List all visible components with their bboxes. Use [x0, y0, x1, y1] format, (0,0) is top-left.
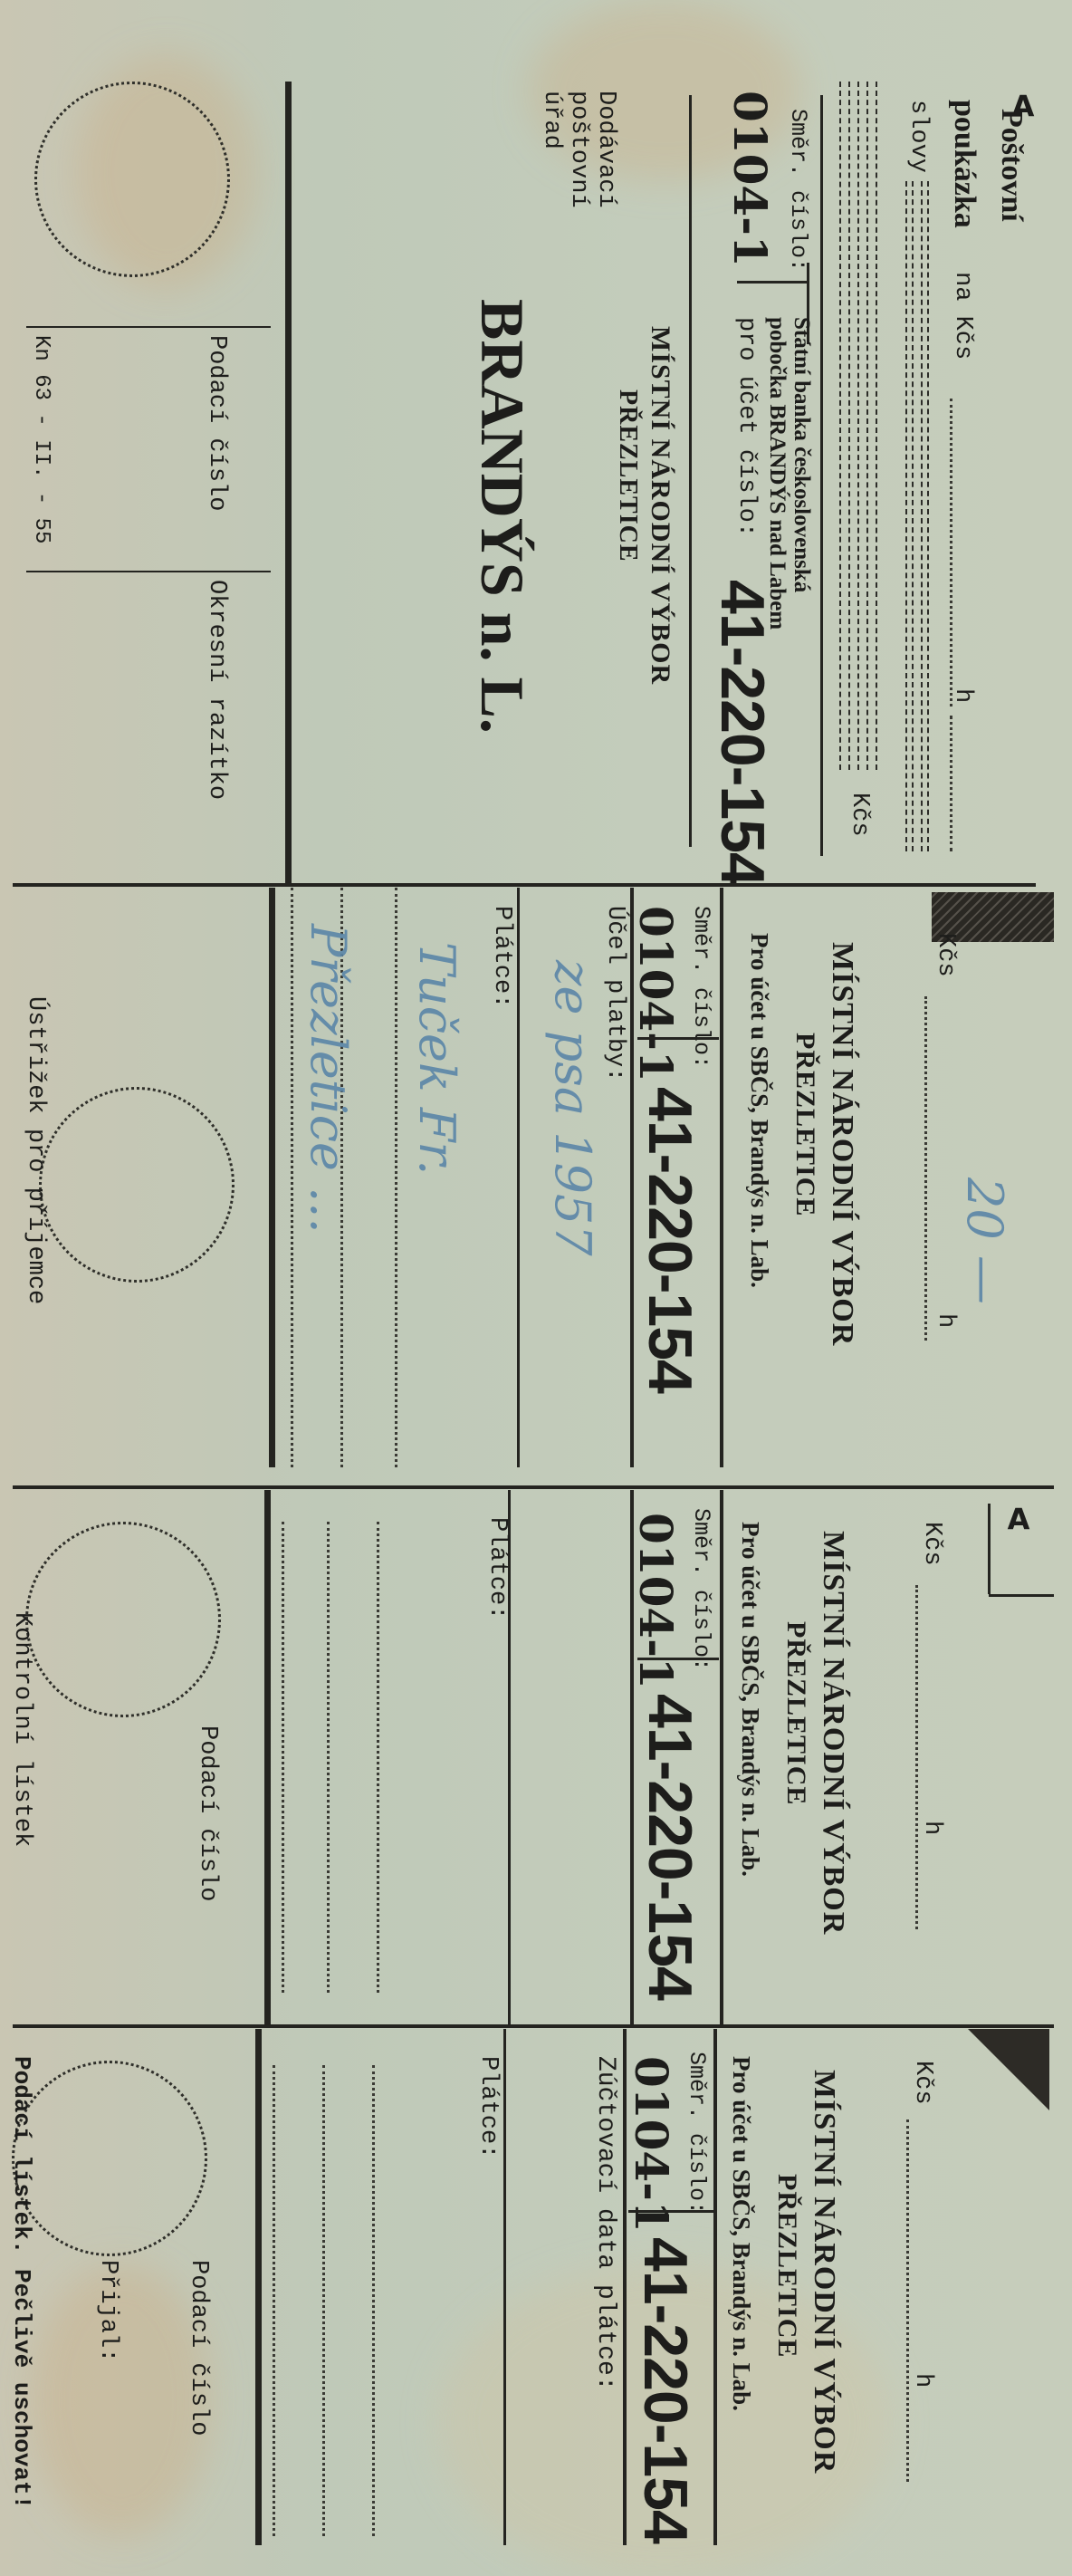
- form-title-line2: poukázka: [947, 100, 981, 228]
- postmark-circle: [34, 82, 230, 277]
- thick-divider: [285, 82, 292, 883]
- amount-h-label: h: [909, 2373, 936, 2388]
- recipient-name: MÍSTNÍ NÁRODNÍ VÝBOR: [825, 942, 859, 1346]
- payer-line-1[interactable]: [377, 1522, 379, 1993]
- bank-reference: Pro účet u SBČS, Brandýs n. Lab.: [736, 1522, 764, 1877]
- divider: [503, 2029, 506, 2545]
- divider: [628, 2210, 714, 2213]
- routing-number: 0104-1: [629, 1513, 683, 1689]
- recipient-village: PŘEZLETICE: [771, 2174, 802, 2358]
- amount-h-label: h: [932, 1313, 959, 1328]
- coupon-label: Podací lístek.: [8, 2056, 35, 2254]
- divider: [26, 326, 271, 328]
- postal-order-form: A Poštovní poukázka na Kčs h slovy Kčs S…: [0, 0, 1072, 2576]
- payer-line-1[interactable]: [395, 888, 397, 1467]
- divider: [623, 2029, 627, 2545]
- amount-currency: Kčs: [918, 1522, 945, 1566]
- account-number: 41-220-154: [707, 580, 778, 886]
- account-number: 41-220-154: [635, 1087, 705, 1393]
- divider: [820, 95, 823, 856]
- payer-line-2[interactable]: [327, 1522, 330, 1993]
- divider: [737, 281, 809, 284]
- postmark-circle: [12, 2061, 207, 2256]
- handwritten-purpose: ze psa 1957: [544, 960, 601, 1256]
- amount-dotted-field[interactable]: [915, 1585, 918, 1929]
- bank-reference: Pro účet u SBČS, Brandýs n. Lab.: [727, 2056, 755, 2411]
- recipient-name: MÍSTNÍ NÁRODNÍ VÝBOR: [807, 2070, 841, 2474]
- routing-label: Směr. číslo:: [688, 1508, 714, 1671]
- print-code: Kn 63 - II. - 55: [29, 335, 53, 543]
- routing-label: Směr. číslo:: [684, 2052, 710, 2215]
- payer-line-3[interactable]: [282, 1522, 284, 1993]
- delivery-office-label-3: úřad: [538, 91, 565, 149]
- amount-dotted-field[interactable]: [924, 996, 927, 1341]
- amount-currency: Kčs: [909, 2061, 936, 2105]
- district-stamp-label: Okresní razítko: [203, 580, 230, 800]
- divider: [988, 1504, 991, 1594]
- submission-number-label: Podací číslo: [194, 1725, 221, 1901]
- thick-divider: [264, 1490, 271, 2024]
- words-currency-label: Kčs: [846, 793, 873, 837]
- amount-h-label: h: [949, 688, 976, 703]
- bank-reference: Pro účet u SBČS, Brandýs n. Lab.: [745, 933, 773, 1288]
- account-label: pro účet číslo:: [732, 317, 760, 537]
- divider: [637, 1037, 719, 1040]
- recipient-village: PŘEZLETICE: [780, 1621, 811, 1805]
- routing-label: Směr. číslo:: [785, 109, 811, 272]
- accounting-data-label: Zúčtovací data plátce:: [591, 2056, 619, 2391]
- divider: [630, 1490, 634, 2024]
- form-mark-a: A: [1008, 1502, 1030, 1536]
- bank-name-line1: Státní banka československá: [789, 317, 814, 592]
- amount-prefix: na Kčs: [949, 272, 976, 360]
- routing-number: 0104-1: [723, 91, 777, 267]
- section-divider: [13, 883, 1036, 887]
- thick-divider: [255, 2029, 262, 2545]
- payer-label: Plátce:: [488, 906, 515, 1008]
- divider: [989, 1594, 1054, 1597]
- recipient-village: PŘEZLETICE: [613, 389, 642, 562]
- divider: [720, 888, 723, 1467]
- coupon-label: Ústřižek pro příjemce: [22, 996, 49, 1304]
- submission-number-label: Podací číslo: [203, 335, 230, 511]
- keep-safe-note: Pečlivě uschovat!: [8, 2269, 35, 2509]
- coupon-label: Kontrolní lístek: [8, 1612, 35, 1847]
- accepted-by-label: Přijal:: [94, 2260, 121, 2362]
- account-number: 41-220-154: [630, 2237, 701, 2543]
- recipient-name: MÍSTNÍ NÁRODNÍ VÝBOR: [645, 326, 675, 685]
- amount-h-dotted-field[interactable]: [950, 716, 952, 851]
- thick-divider: [269, 888, 275, 1467]
- divider: [720, 1490, 723, 2024]
- payer-line-1[interactable]: [372, 2065, 375, 2536]
- payer-line-3[interactable]: [291, 888, 293, 1467]
- postmark-circle: [39, 1087, 234, 1283]
- divider: [713, 2029, 717, 2545]
- purpose-label: Účel platby:: [601, 906, 628, 1081]
- form-title-line1: Poštovní: [994, 109, 1029, 222]
- submission-number-label: Podací číslo: [185, 2260, 212, 2436]
- amount-dotted-field[interactable]: [950, 399, 952, 706]
- amount-dotted-field[interactable]: [906, 2119, 909, 2482]
- routing-number: 0104-1: [629, 906, 683, 1082]
- payer-label: Plátce:: [483, 1517, 511, 1620]
- account-number: 41-220-154: [635, 1694, 705, 2000]
- handwritten-payer-address: Přezletice ...: [300, 924, 357, 1234]
- amount-h-label: h: [918, 1821, 945, 1835]
- handwritten-amount: 20 —: [956, 1177, 1013, 1304]
- corner-marker: [968, 2029, 1049, 2110]
- divider: [637, 1658, 719, 1660]
- words-label: slovy: [904, 100, 932, 173]
- divider: [689, 95, 692, 847]
- delivery-office-label-2: poštovní: [565, 91, 592, 208]
- amount-currency: Kčs: [932, 933, 959, 977]
- payer-line-2[interactable]: [322, 2065, 325, 2536]
- delivery-office-label-1: Dodávací: [592, 91, 619, 208]
- section-divider: [13, 2024, 1054, 2028]
- recipient-village: PŘEZLETICE: [790, 1033, 820, 1216]
- divider: [630, 888, 634, 1467]
- routing-label: Směr. číslo:: [688, 906, 714, 1069]
- delivery-city: BRANDÝS n. L.: [466, 299, 538, 734]
- payer-line-3[interactable]: [273, 2065, 275, 2536]
- postmark-circle: [25, 1522, 221, 1717]
- divider: [26, 571, 271, 572]
- section-divider: [13, 1485, 1054, 1489]
- routing-number: 0104-1: [625, 2056, 678, 2233]
- payer-label: Plátce:: [474, 2056, 502, 2158]
- divider: [517, 888, 520, 1467]
- recipient-name: MÍSTNÍ NÁRODNÍ VÝBOR: [816, 1531, 850, 1935]
- handwritten-payer-name: Tuček Fr.: [408, 942, 465, 1175]
